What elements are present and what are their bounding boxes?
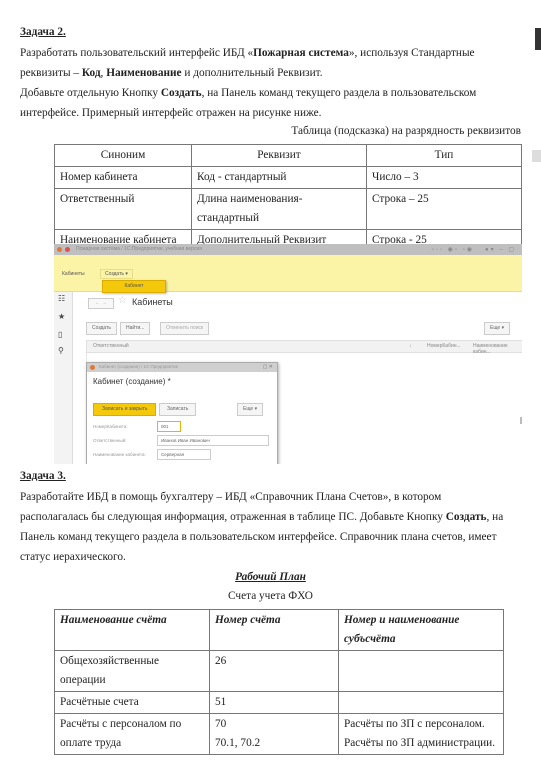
table-row: Расчётные счета 51 xyxy=(55,692,504,714)
table-cell: Код - стандартный xyxy=(192,167,367,189)
table-cell: Ответственный xyxy=(55,189,192,230)
room-name-input[interactable]: Серверная xyxy=(157,449,211,460)
table-cell xyxy=(339,651,504,692)
save-and-close-button[interactable]: Записать и закрыть xyxy=(93,403,156,416)
table-header: Номер счёта xyxy=(210,610,339,651)
more-button[interactable]: Еще ▾ xyxy=(484,322,510,335)
text: , на Панель команд текущего раздела в по… xyxy=(202,87,477,99)
history-icon[interactable]: ▯ xyxy=(58,330,62,339)
app-screenshot: Пожарная система / 1С:Предприятие, учебн… xyxy=(54,244,522,464)
task3-paragraph: Разработайте ИБД в помощь бухгалтеру – И… xyxy=(20,487,535,567)
page-edge-artifact xyxy=(535,28,541,50)
text: », используя Стандартные xyxy=(349,47,475,59)
create-dialog: Кабинет (создание) / 1С:Предприятие ▢ ✕ … xyxy=(86,362,278,464)
table-header: Реквизит xyxy=(192,145,367,167)
text: Добавьте отдельную Кнопку xyxy=(20,87,161,99)
favorites-star-icon[interactable]: ★ xyxy=(58,312,65,321)
table-header: Тип xyxy=(367,145,522,167)
table-cell: Номер кабинета xyxy=(55,167,192,189)
table-cell: Расчётные счета xyxy=(55,692,210,714)
requisites-table: Синоним Реквизит Тип Номер кабинета Код … xyxy=(54,144,522,252)
app-logo-icon xyxy=(57,247,62,252)
text: Панель команд текущего раздела в пользов… xyxy=(20,527,535,547)
bold-text: Пожарная система xyxy=(253,47,349,59)
bold-text: Создать xyxy=(161,87,202,99)
text: Разработайте ИБД в помощь бухгалтеру – И… xyxy=(20,487,535,507)
favorite-star-icon[interactable]: ☆ xyxy=(118,295,127,306)
grid-header: Ответственный ↓ НомерКабин... Наименован… xyxy=(86,340,522,353)
task2-paragraph: Разработать пользовательский интерфейс И… xyxy=(20,43,535,123)
dialog-heading: Кабинет (создание) * xyxy=(93,377,171,386)
table-header: Синоним xyxy=(55,145,192,167)
dialog-titlebar: Кабинет (создание) / 1С:Предприятие ▢ ✕ xyxy=(87,363,277,372)
table-cell: 26 xyxy=(210,651,339,692)
section-label[interactable]: Кабинеты xyxy=(62,271,85,277)
column-header[interactable]: НомерКабин... xyxy=(427,343,461,349)
menu-icon[interactable] xyxy=(65,247,70,252)
app-logo-icon xyxy=(90,365,95,370)
table-cell: Расчёты с персоналом по оплате труда xyxy=(55,714,210,755)
accounts-table: Наименование счёта Номер счёта Номер и н… xyxy=(54,609,504,755)
room-number-input[interactable]: 001 xyxy=(157,421,181,432)
responsible-input[interactable]: Иванов Иван Иванович xyxy=(157,435,269,446)
text: Разработать пользовательский интерфейс И… xyxy=(20,47,253,59)
field-label: Ответственный: xyxy=(93,438,126,443)
bold-text: Код xyxy=(82,67,101,79)
table-cell: Число – 3 xyxy=(367,167,522,189)
table-cell: Длина наименования-стандартный xyxy=(192,189,367,230)
dialog-controls-icon[interactable]: ▢ ✕ xyxy=(263,364,273,370)
bold-text: Создать xyxy=(446,511,487,523)
table-caption: Таблица (подсказка) на разрядность рекви… xyxy=(291,125,521,137)
more-button[interactable]: Еще ▾ xyxy=(237,403,263,416)
text: располагалась бы следующая информация, о… xyxy=(20,511,446,523)
sidebar: ☷ ★ ▯ ⚲ xyxy=(54,292,73,464)
table-row: Общехозяйственные операции 26 xyxy=(55,651,504,692)
field-label: НомерКабинета: xyxy=(93,424,128,429)
create-menu-button[interactable]: Создать ▾ xyxy=(100,269,133,279)
page-edge-artifact xyxy=(532,150,541,162)
back-forward-buttons[interactable]: ← → xyxy=(88,298,114,309)
scrollbar[interactable] xyxy=(520,417,522,424)
plan-title: Рабочий План xyxy=(0,571,541,583)
find-button[interactable]: Найти... xyxy=(120,322,150,335)
dialog-title: Кабинет (создание) / 1С:Предприятие xyxy=(99,364,178,369)
text: интерфейсе. Примерный интерфейс отражен … xyxy=(20,103,535,123)
save-button[interactable]: Записать xyxy=(159,403,196,416)
table-row: Ответственный Длина наименования-стандар… xyxy=(55,189,522,230)
cancel-search-button[interactable]: Отменить поиск xyxy=(160,322,209,335)
page-title: Кабинеты xyxy=(132,297,173,307)
sort-icon[interactable]: ↓ xyxy=(409,343,412,349)
task3-heading: Задача 3. xyxy=(20,470,66,482)
text: Длина наименования- xyxy=(197,190,361,209)
table-cell: 70 70.1, 70.2 xyxy=(210,714,339,755)
text: реквизиты – xyxy=(20,67,82,79)
search-icon[interactable]: ⚲ xyxy=(58,346,64,355)
task2-heading: Задача 2. xyxy=(20,26,66,38)
field-label: Наименование кабинета: xyxy=(93,452,146,457)
table-cell xyxy=(339,692,504,714)
plan-subtitle: Счета учета ФХО xyxy=(0,590,541,602)
create-button[interactable]: Создать xyxy=(86,322,117,335)
table-cell: Строка – 25 xyxy=(367,189,522,230)
table-cell: Общехозяйственные операции xyxy=(55,651,210,692)
bold-text: Наименование xyxy=(106,67,181,79)
table-header: Номер и наименование субъсчёта xyxy=(339,610,504,651)
text: статус иерахического. xyxy=(20,547,535,567)
table-cell: Расчёты по ЗП с персоналом. Расчёты по З… xyxy=(339,714,504,755)
window-title: Пожарная система / 1С:Предприятие, учебн… xyxy=(76,246,202,252)
grid-menu-icon[interactable]: ☷ xyxy=(58,294,65,303)
text: и дополнительный Реквизит. xyxy=(182,67,323,79)
window-titlebar: Пожарная система / 1С:Предприятие, учебн… xyxy=(54,244,522,255)
column-header[interactable]: Ответственный xyxy=(93,343,129,349)
table-row: Расчёты с персоналом по оплате труда 70 … xyxy=(55,714,504,755)
text: стандартный xyxy=(197,209,361,228)
table-cell: 51 xyxy=(210,692,339,714)
window-controls-icon[interactable]: ▫◦◦ ◉▫ ▫◉ ●▾ – ▢ xyxy=(432,246,516,253)
table-header: Наименование счёта xyxy=(55,610,210,651)
column-header[interactable]: Наименование кабин... xyxy=(473,343,522,355)
table-row: Номер кабинета Код - стандартный Число –… xyxy=(55,167,522,189)
text: , на xyxy=(487,511,504,523)
